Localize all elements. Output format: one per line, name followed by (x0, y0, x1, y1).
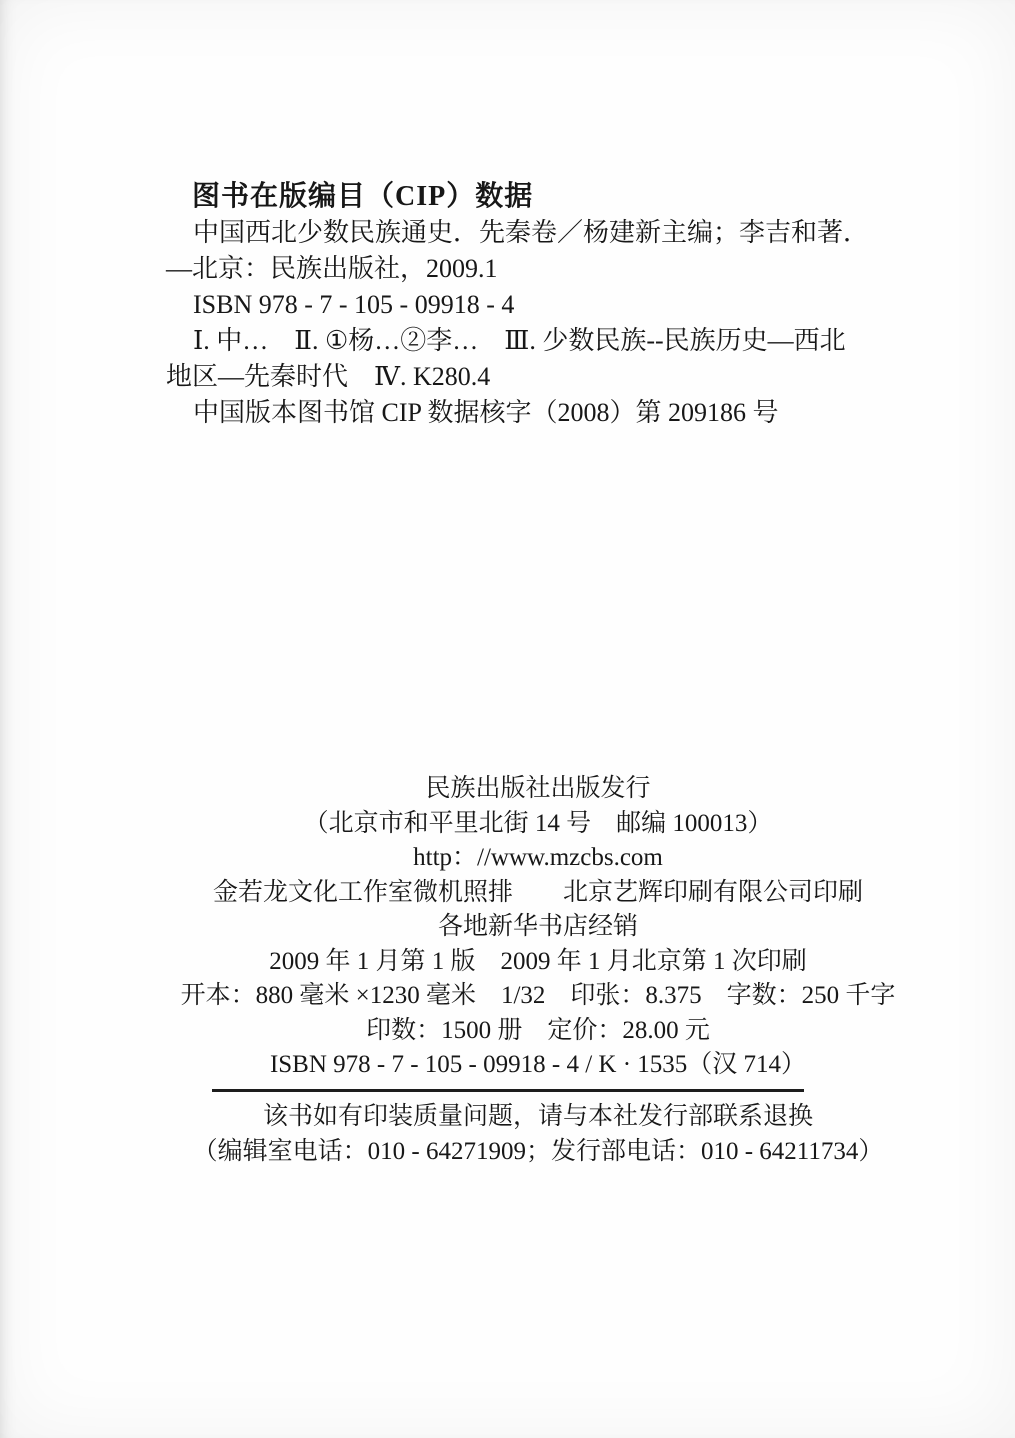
cip-title-author-line: 中国西北少数民族通史．先秦卷／杨建新主编；李吉和著． (166, 215, 966, 251)
isbn-book-code-line: ISBN 978 - 7 - 105 - 09918 - 4 / K · 153… (60, 1048, 1015, 1083)
printrun-price-line: 印数：1500 册 定价：28.00 元 (60, 1014, 1015, 1049)
cip-heading: 图书在版编目（CIP）数据 (166, 179, 966, 215)
quality-notice-line: 该书如有印装质量问题，请与本社发行部联系退换 (60, 1099, 1015, 1134)
divider-rule (212, 1089, 804, 1092)
cip-publisher-line: —北京：民族出版社，2009.1 (166, 251, 966, 287)
publisher-website-line: http：//www.mzcbs.com (60, 841, 1015, 876)
publisher-address-line: （北京市和平里北街 14 号 邮编 100013） (60, 807, 1015, 842)
edition-printing-line: 2009 年 1 月第 1 版 2009 年 1 月北京第 1 次印刷 (60, 945, 1015, 980)
bookstore-distribution-line: 各地新华书店经销 (60, 910, 1015, 945)
format-sheets-wordcount-line: 开本：880 毫米 ×1230 毫米 1/32 印张：8.375 字数：250 … (60, 979, 1015, 1014)
quality-notice: 该书如有印装质量问题，请与本社发行部联系退换 （编辑室电话：010 - 6427… (60, 1099, 1015, 1169)
cip-classification-line-1: Ⅰ. 中… Ⅱ. ①杨…②李… Ⅲ. 少数民族--民族历史—西北 (166, 323, 966, 359)
book-copyright-page: 图书在版编目（CIP）数据 中国西北少数民族通史．先秦卷／杨建新主编；李吉和著．… (0, 0, 1015, 1438)
contact-phone-line: （编辑室电话：010 - 64271909；发行部电话：010 - 642117… (60, 1134, 1015, 1169)
publisher-distribution-line: 民族出版社出版发行 (60, 772, 1015, 807)
cip-classification-line-2: 地区—先秦时代 Ⅳ. K280.4 (166, 359, 966, 395)
publication-colophon: 民族出版社出版发行 （北京市和平里北街 14 号 邮编 100013） http… (60, 772, 1015, 1083)
cip-data-block: 图书在版编目（CIP）数据 中国西北少数民族通史．先秦卷／杨建新主编；李吉和著．… (166, 0, 966, 431)
typesetting-printing-line: 金若龙文化工作室微机照排 北京艺辉印刷有限公司印刷 (60, 876, 1015, 911)
cip-registry-line: 中国版本图书馆 CIP 数据核字（2008）第 209186 号 (166, 395, 966, 431)
cip-isbn-line: ISBN 978 - 7 - 105 - 09918 - 4 (166, 287, 966, 323)
